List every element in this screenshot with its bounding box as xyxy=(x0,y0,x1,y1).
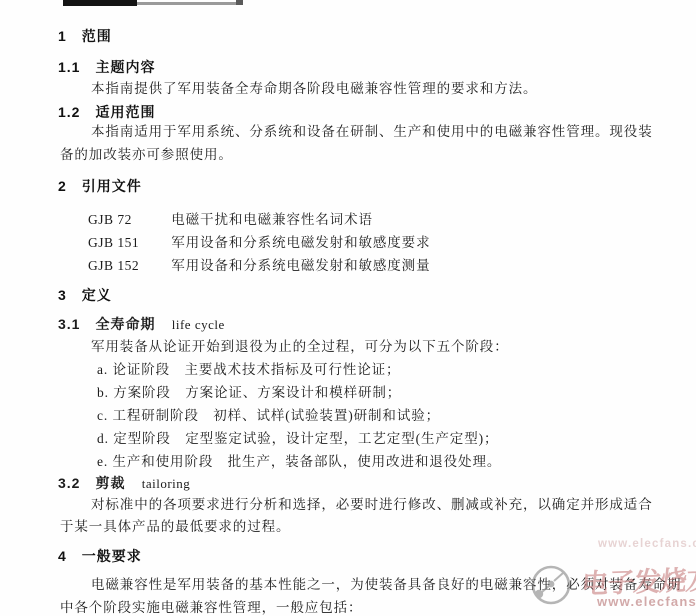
paragraph-line: 对标准中的各项要求进行分析和选择，必要时进行修改、删减或补充，以确定并形成适合 xyxy=(91,497,653,513)
paragraph-line: 本指南提供了军用装备全寿命期各阶段电磁兼容性管理的要求和方法。 xyxy=(91,81,537,97)
section-1-2-heading: 1.2 适用范围 xyxy=(58,104,155,121)
section-1-1-heading: 1.1 主题内容 xyxy=(58,59,155,76)
scan-artifact-bar xyxy=(63,0,137,6)
reference-title: 军用设备和分系统电磁发射和敏感度要求 xyxy=(171,235,430,250)
reference-row: GJB 151 军用设备和分系统电磁发射和敏感度要求 xyxy=(88,235,430,251)
watermark-url-faint: www.elecfans.com xyxy=(598,538,696,550)
definition-list-item: b. 方案阶段 方案论证、方案设计和模样研制； xyxy=(97,385,401,401)
section-4-heading: 4 一般要求 xyxy=(58,548,142,565)
section-2-heading: 2 引用文件 xyxy=(58,178,142,195)
section-1-heading: 1 范围 xyxy=(58,28,112,45)
section-3-heading: 3 定义 xyxy=(58,287,112,304)
reference-code: GJB 151 xyxy=(88,235,167,251)
definition-list-item: a. 论证阶段 主要战术技术指标及可行性论证； xyxy=(97,362,400,378)
paragraph-line: 中各个阶段实施电磁兼容性管理，一般应包括： xyxy=(60,600,362,616)
reference-code: GJB 152 xyxy=(88,258,167,274)
scanned-document-page: 1 范围 1.1 主题内容 本指南提供了军用装备全寿命期各阶段电磁兼容性管理的要… xyxy=(0,0,696,616)
paragraph-line: 军用装备从论证开始到退役为止的全过程，可分为以下五个阶段： xyxy=(91,339,509,355)
reference-row: GJB 152 军用设备和分系统电磁发射和敏感度测量 xyxy=(88,258,430,274)
paragraph-line: 于某一具体产品的最低要求的过程。 xyxy=(60,519,290,535)
definition-english-term: life cycle xyxy=(172,317,225,332)
definition-3-1-heading: 3.1 全寿命期 life cycle xyxy=(58,316,225,333)
definition-english-term: tailoring xyxy=(142,476,191,491)
definition-list-item: c. 工程研制阶段 初样、试样(试验装置)研制和试验； xyxy=(97,408,440,424)
definition-number-title: 3.1 全寿命期 xyxy=(58,316,155,332)
reference-title: 军用设备和分系统电磁发射和敏感度测量 xyxy=(171,258,430,273)
reference-code: GJB 72 xyxy=(88,212,167,228)
paragraph-line: 备的加改装亦可参照使用。 xyxy=(60,147,233,163)
definition-3-2-heading: 3.2 剪裁 tailoring xyxy=(58,475,190,492)
watermark-url-text: www.elecfans.com xyxy=(597,594,696,609)
scan-artifact-tick xyxy=(236,0,243,5)
definition-list-item: d. 定型阶段 定型鉴定试验，设计定型，工艺定型(生产定型)； xyxy=(97,431,498,447)
elecfans-logo-icon xyxy=(527,565,577,612)
paragraph-line: 本指南适用于军用系统、分系统和设备在研制、生产和使用中的电磁兼容性管理。现役装 xyxy=(91,124,653,140)
reference-row: GJB 72 电磁干扰和电磁兼容性名词术语 xyxy=(88,212,373,228)
scan-artifact-line xyxy=(137,2,236,5)
definition-number-title: 3.2 剪裁 xyxy=(58,475,125,491)
definition-list-item: e. 生产和使用阶段 批生产，装备部队，使用改进和退役处理。 xyxy=(97,454,501,470)
reference-title: 电磁干扰和电磁兼容性名词术语 xyxy=(171,212,373,227)
